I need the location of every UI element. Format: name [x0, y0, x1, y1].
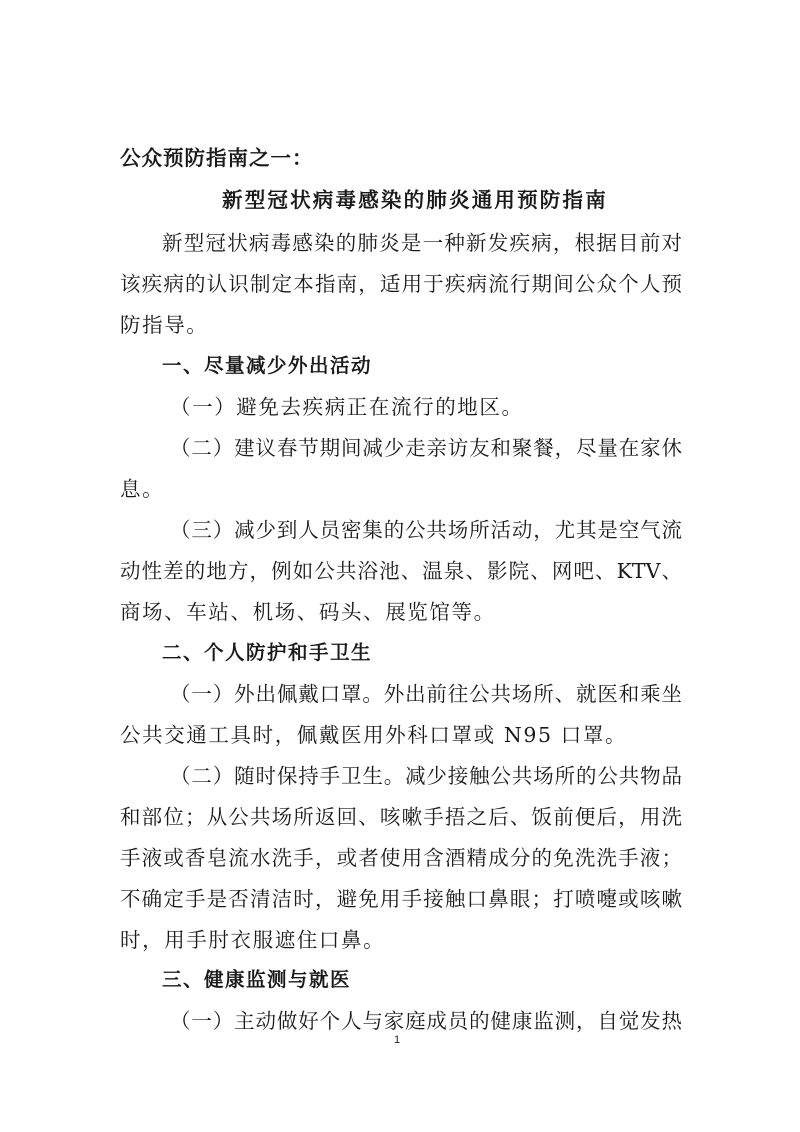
section-2-line-2: 公共交通工具时，佩戴医用外科口罩或 N95 口罩。 — [120, 721, 682, 749]
section-1-line-3: 息。 — [120, 475, 682, 503]
section-heading-2: 二、个人防护和手卫生 — [162, 639, 724, 667]
section-heading-3: 三、健康监测与就医 — [162, 966, 724, 994]
section-2-line-4: 和部位；从公共场所返回、咳嗽手捂之后、饭前便后，用洗 — [120, 803, 682, 831]
section-2-line-6: 不确定手是否清洁时，避免用手接触口鼻眼；打喷嚏或咳嗽 — [120, 885, 682, 913]
section-2-line-3: （二）随时保持手卫生。减少接触公共场所的公共物品 — [170, 762, 682, 790]
section-3-line-1: （一）主动做好个人与家庭成员的健康监测，自觉发热 — [170, 1007, 682, 1035]
section-1-line-2: （二）建议春节期间减少走亲访友和聚餐，尽量在家休 — [170, 434, 682, 462]
document-page: 公众预防指南之一： 新型冠状病毒感染的肺炎通用预防指南 新型冠状病毒感染的肺炎是… — [0, 0, 800, 1132]
section-1-line-6: 商场、车站、机场、码头、展览馆等。 — [120, 598, 682, 626]
section-2-line-1: （一）外出佩戴口罩。外出前往公共场所、就医和乘坐 — [170, 680, 682, 708]
section-1-line-5: 动性差的地方，例如公共浴池、温泉、影院、网吧、KTV、 — [120, 557, 682, 585]
series-title: 公众预防指南之一： — [120, 144, 682, 172]
intro-line-2: 该疾病的认识制定本指南，适用于疾病流行期间公众个人预 — [120, 270, 682, 298]
intro-line-3: 防指导。 — [120, 311, 682, 339]
section-1-line-4: （三）减少到人员密集的公共场所活动，尤其是空气流 — [170, 516, 682, 544]
section-heading-1: 一、尽量减少外出活动 — [162, 352, 724, 380]
page-number: 1 — [394, 1034, 400, 1046]
section-1-line-1: （一）避免去疾病正在流行的地区。 — [170, 393, 690, 421]
intro-line-1: 新型冠状病毒感染的肺炎是一种新发疾病，根据目前对 — [162, 229, 682, 257]
section-2-line-5: 手液或香皂流水洗手，或者使用含酒精成分的免洗洗手液； — [120, 844, 682, 872]
section-2-line-7: 时，用手肘衣服遮住口鼻。 — [120, 926, 682, 954]
document-title: 新型冠状病毒感染的肺炎通用预防指南 — [222, 186, 608, 214]
